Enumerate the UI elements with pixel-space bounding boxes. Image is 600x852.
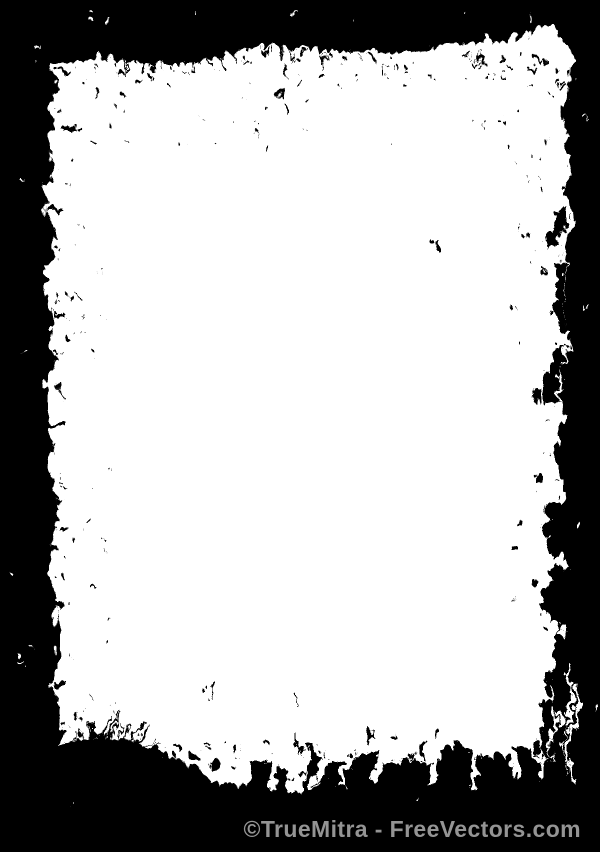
grunge-border-graphic: [0, 0, 600, 852]
frame-texture-group: [8, 7, 591, 802]
grunge-frame-artwork: ©TrueMitra - FreeVectors.com: [0, 0, 600, 852]
white-field: [46, 16, 564, 782]
watermark-credit: ©TrueMitra - FreeVectors.com: [244, 816, 581, 843]
